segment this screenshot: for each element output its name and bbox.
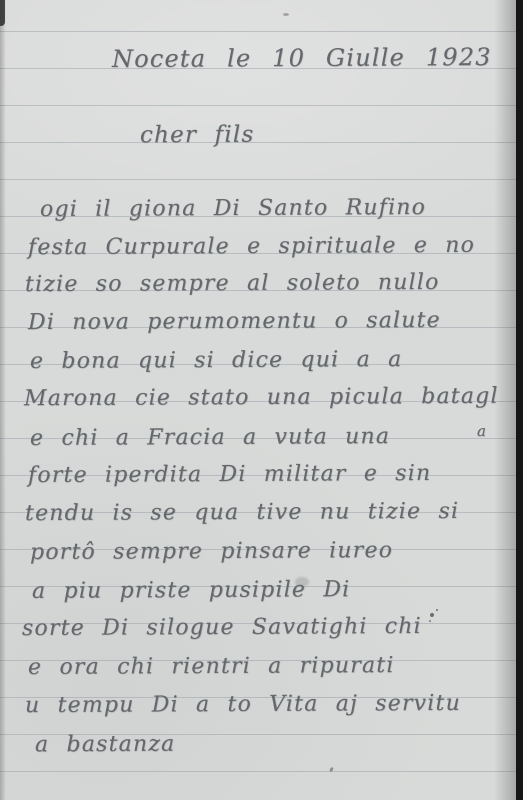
superscript-letter: a	[477, 424, 486, 439]
letter-dateline: Noceta le 10 Giulle 1923	[112, 45, 492, 71]
handwriting-line: portô sempre pinsare iureo	[30, 540, 393, 564]
scan-corner-mark	[0, 0, 5, 26]
ruled-lines	[0, 31, 523, 800]
handwriting-line: Di nova perumomentu o salute	[28, 310, 441, 334]
handwriting-line: festa Curpurale e spirituale e no	[28, 235, 475, 259]
handwriting-line: tendu is se qua tive nu tizie si	[25, 501, 459, 525]
handwriting-line: ogi il giona Di Santo Rufino	[40, 197, 426, 221]
scan-edge-right	[516, 0, 523, 800]
handwriting-line: Marona cie stato una picula batagl	[24, 386, 499, 410]
handwriting-line: tizie so sempre al soleto nullo	[25, 272, 440, 296]
handwriting-line: forte iperdita Di militar e sin	[28, 463, 431, 487]
paper-speck	[283, 13, 289, 16]
scan-edge-left	[0, 0, 6, 800]
handwriting-line: e ora chi rientri a ripurati	[28, 655, 395, 679]
handwriting-line: a bastanza	[35, 734, 176, 757]
handwriting-line: sorte Di silogue Savatighi chi	[22, 616, 422, 640]
letter-page: Noceta le 10 Giulle 1923 cher fils ogi i…	[0, 0, 523, 800]
handwriting-line: e bona qui si dice qui a a	[30, 349, 403, 373]
handwriting-line: e chi a Fracia a vuta una	[30, 426, 390, 450]
ink-spatter	[430, 613, 434, 617]
letter-salutation: cher fils	[140, 124, 255, 148]
handwriting-line: u tempu Di a to Vita aj servitu	[25, 693, 461, 717]
handwriting-line: a piu priste pusipile Di	[32, 579, 351, 603]
